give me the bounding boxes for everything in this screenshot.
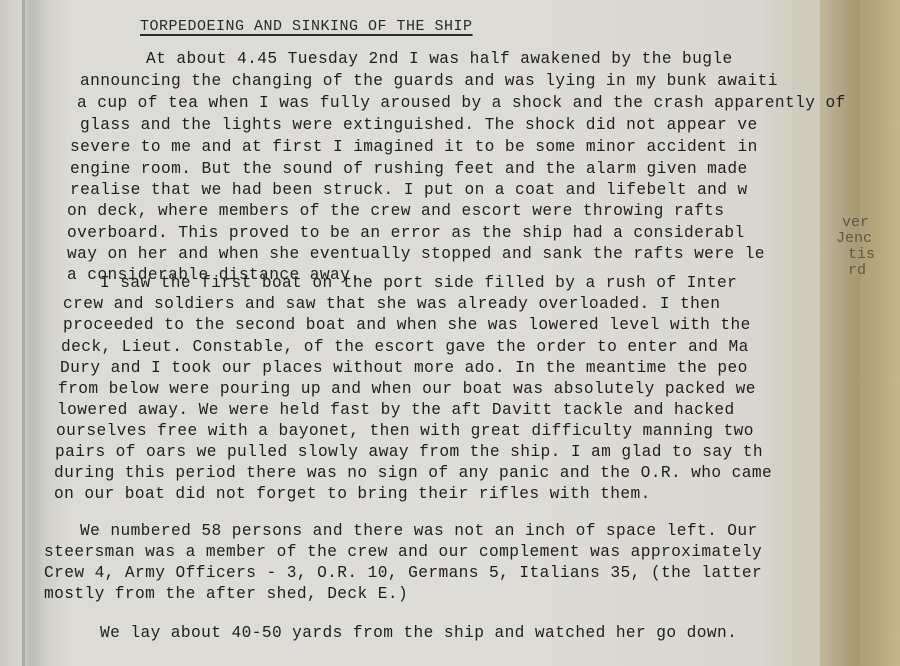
text-line: deck, Lieut. Constable, of the escort ga… <box>61 338 749 356</box>
text-line: At about 4.45 Tuesday 2nd I was half awa… <box>146 50 733 68</box>
text-line: a cup of tea when I was fully aroused by… <box>77 94 846 112</box>
text-line: crew and soldiers and saw that she was a… <box>63 295 720 313</box>
text-line: severe to me and at first I imagined it … <box>70 138 758 156</box>
text-line: pairs of oars we pulled slowly away from… <box>55 443 763 461</box>
text-line: mostly from the after shed, Deck E.) <box>44 585 408 603</box>
margin-fragment: rd <box>848 262 866 279</box>
margin-fragment: ver <box>842 214 869 231</box>
text-line: ourselves free with a bayonet, then with… <box>56 422 754 440</box>
text-line: steersman was a member of the crew and o… <box>44 543 762 561</box>
text-line: Crew 4, Army Officers - 3, O.R. 10, Germ… <box>44 564 762 582</box>
document-title: TORPEDOEING AND SINKING OF THE SHIP <box>140 18 473 35</box>
text-line: engine room. But the sound of rushing fe… <box>70 160 748 178</box>
text-line: way on her and when she eventually stopp… <box>67 245 765 263</box>
text-line: glass and the lights were extinguished. … <box>80 116 758 134</box>
text-line: We lay about 40-50 yards from the ship a… <box>100 624 737 642</box>
text-line: from below were pouring up and when our … <box>58 380 756 398</box>
text-line: proceeded to the second boat and when sh… <box>63 316 751 334</box>
text-line: I saw the first boat on the port side fi… <box>100 274 737 292</box>
text-line: We numbered 58 persons and there was not… <box>80 522 758 540</box>
text-line: lowered away. We were held fast by the a… <box>57 401 735 419</box>
margin-fragment: Jenc <box>836 230 872 247</box>
text-line: on our boat did not forget to bring thei… <box>54 485 651 503</box>
text-line: during this period there was no sign of … <box>54 464 772 482</box>
typewritten-page: TORPEDOEING AND SINKING OF THE SHIP At a… <box>0 0 900 666</box>
text-line: on deck, where members of the crew and e… <box>67 202 724 220</box>
text-line: overboard. This proved to be an error as… <box>67 224 745 242</box>
text-line: Dury and I took our places without more … <box>60 359 748 377</box>
text-line: announcing the changing of the guards an… <box>80 72 778 90</box>
text-line: realise that we had been struck. I put o… <box>70 181 748 199</box>
margin-fragment: tis <box>848 246 875 263</box>
